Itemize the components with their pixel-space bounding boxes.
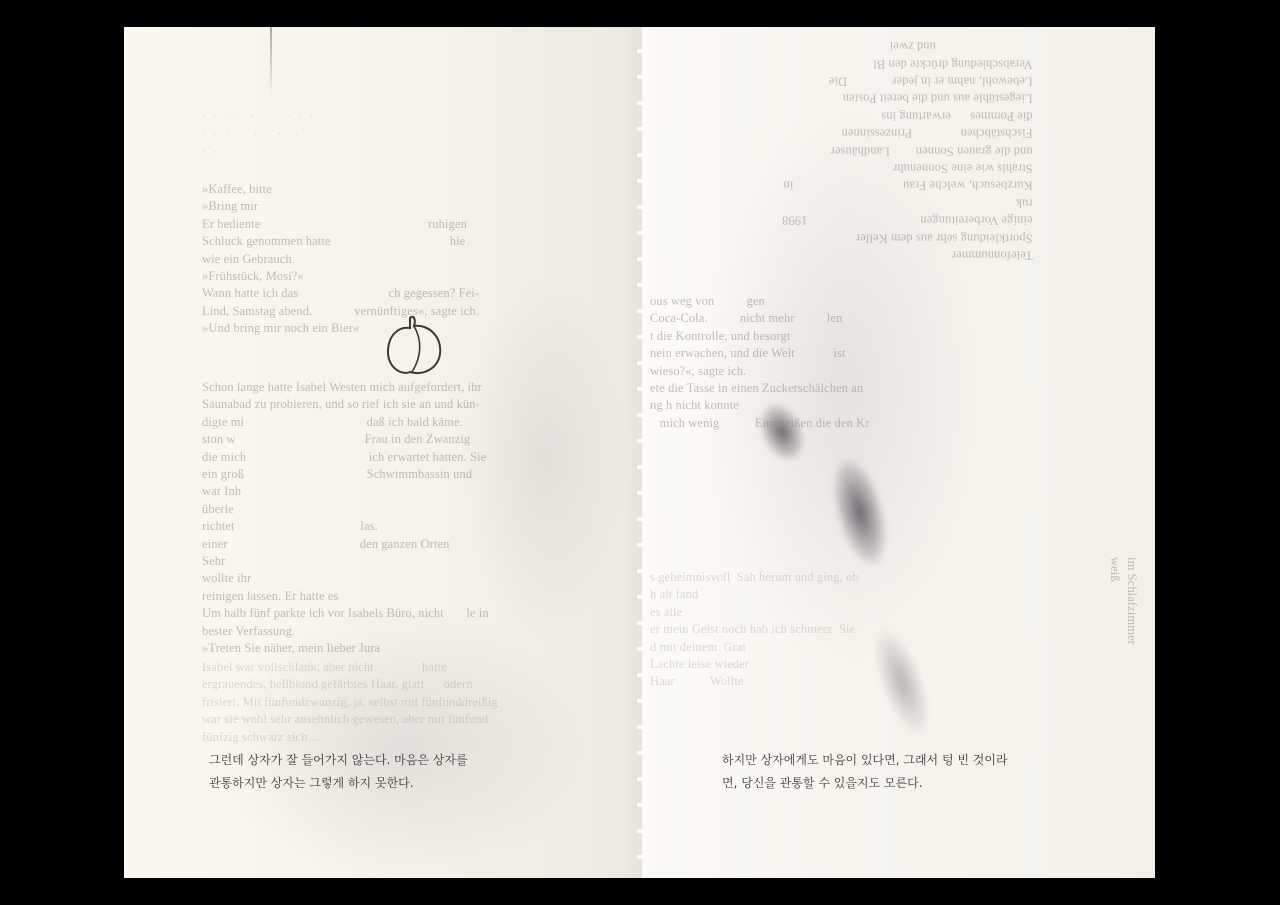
ghost-line: Er bediente ruhigen bbox=[202, 217, 467, 231]
ghost-line: Schluck genommen hatte hle bbox=[202, 234, 465, 248]
ghost-line: frisiert. Mit fünfundzwanzig, ja, selbst… bbox=[202, 695, 498, 709]
ghost-text-block-3: Isabel war vollschlank, aber nicht hatte… bbox=[202, 659, 498, 746]
ghost-line: ruk bbox=[1016, 196, 1033, 210]
ghost-line: Sportkleidung sehr aus dem Keller bbox=[856, 231, 1033, 245]
right-caption: 하지만 상자에게도 마음이 있다면, 그래서 텅 빈 것이라 면, 당신을 관통… bbox=[722, 749, 1008, 795]
ghost-line: »Bring mir bbox=[202, 199, 258, 213]
pencil-mark bbox=[270, 27, 272, 97]
ghost-line: ergrauendes, hellblond gefärbtes Haar, g… bbox=[202, 677, 473, 691]
ghost-line: im Schlafzimmer bbox=[1125, 557, 1139, 645]
ghost-line: Um halb fünf parkte ich vor Isabels Büro… bbox=[202, 606, 489, 620]
ghost-line: Kurzbesuch, welche Frau in bbox=[783, 179, 1032, 193]
ghost-line: »Kaffee, bitte bbox=[202, 182, 272, 196]
ghost-line: und die grauen Sonnen Landhäuser bbox=[831, 144, 1033, 158]
ghost-text-block-right-1: ous weg von gen Coca-Cola. nicht mehr le… bbox=[650, 293, 869, 432]
ghost-line: Strahls wie eine Sonnenuhr bbox=[893, 161, 1033, 175]
ghost-line: Telefonnummer bbox=[952, 248, 1033, 262]
caption-line: 하지만 상자에게도 마음이 있다면, 그래서 텅 빈 것이라 bbox=[722, 753, 1008, 767]
left-caption: 그런데 상자가 잘 들어가지 않는다. 마음은 상자를 관통하지만 상자는 그렇… bbox=[209, 749, 468, 795]
left-page: · · · · · · · · · · · · · · · · »Kaffee,… bbox=[124, 27, 641, 878]
ghost-line: fünfzig schwarz sich ... bbox=[202, 730, 320, 744]
right-page: Telefonnummer Sportkleidung sehr aus dem… bbox=[642, 27, 1155, 878]
ghost-line: wieso?«, sagte ich. bbox=[650, 364, 746, 378]
ghost-line: d mit deinem Grat bbox=[650, 640, 746, 654]
ghost-line: weiß bbox=[1108, 557, 1122, 582]
charcoal-smudge bbox=[824, 453, 897, 571]
ghost-line: ston w Frau in den Zwanzig bbox=[202, 432, 470, 446]
ghost-line: einige Vorbereitungen 1998 bbox=[782, 213, 1033, 227]
ghost-line: ein groß Schwimmbassin und bbox=[202, 467, 472, 481]
ghost-line: war Inh bbox=[202, 484, 241, 498]
ghost-line: es alle bbox=[650, 605, 682, 619]
apple-doodle-icon bbox=[380, 310, 450, 380]
ghost-line: »Und bring mir noch ein Bier« bbox=[202, 321, 359, 335]
ghost-line: Coca-Cola. nicht mehr len bbox=[650, 311, 842, 325]
ghost-text-upside-down: Telefonnummer Sportkleidung sehr aus dem… bbox=[782, 37, 1033, 263]
ghost-line: t die Kontrolle, und besorgt bbox=[650, 329, 790, 343]
ghost-line: ng h nicht konnte bbox=[650, 398, 739, 412]
ghost-text-vertical: im Schlafzimmer weiß bbox=[1105, 557, 1140, 645]
ghost-line: reinigen lassen. Er hatte es bbox=[202, 589, 338, 603]
faded-header-text: · · · · · · · · · · · · · · · · bbox=[202, 109, 314, 161]
ghost-line: Fischstäbchen Prinzessinnen bbox=[841, 126, 1032, 140]
book-spread: · · · · · · · · · · · · · · · · »Kaffee,… bbox=[124, 27, 1155, 878]
ghost-line: ous weg von gen bbox=[650, 294, 765, 308]
ghost-line: Wann hatte ich das ch gegessen? Fei- bbox=[202, 286, 479, 300]
ghost-line: wie ein Gebrauch. bbox=[202, 252, 295, 266]
ghost-line: einer den ganzen Orten bbox=[202, 537, 449, 551]
ghost-line: Sehr bbox=[202, 554, 225, 568]
ghost-line: digte mi daß ich bald käme. bbox=[202, 415, 463, 429]
ghost-line: Lebewohl, nahm er in jeder Die bbox=[829, 74, 1033, 88]
ghost-line: Saunabad zu probieren, und so rief ich s… bbox=[202, 397, 480, 411]
ghost-line: war sie wohl sehr ansehnlich gewesen, ab… bbox=[202, 712, 488, 726]
ghost-line: Haar Wollte bbox=[650, 674, 744, 688]
ghost-line: ete die Tasse in einen Zuckerschälchen a… bbox=[650, 381, 863, 395]
ghost-line: die Pommes erwartung ins bbox=[881, 109, 1033, 123]
ghost-line: Liegestühle aus und die bereit Posten bbox=[843, 92, 1033, 106]
ghost-line: »Treten Sie näher, mein lieber Jura bbox=[202, 641, 380, 655]
caption-line: 관통하지만 상자는 그렇게 하지 못한다. bbox=[209, 776, 414, 790]
ghost-line: überle bbox=[202, 502, 234, 516]
ghost-line: mich wenig Eins reißen die den Kr bbox=[650, 416, 869, 430]
ghost-line: wollte ihr bbox=[202, 571, 251, 585]
ghost-line: Verabschiedung drückte den Bl bbox=[873, 57, 1032, 71]
charcoal-smudge bbox=[864, 623, 939, 740]
ghost-line: Lachte leise wieder bbox=[650, 657, 749, 671]
ghost-line: die mich ich erwartet hatten. Sie bbox=[202, 450, 486, 464]
ghost-line: richtet las. bbox=[202, 519, 378, 533]
ghost-line: nein erwachen, und die Welt ist bbox=[650, 346, 846, 360]
caption-line: 그런데 상자가 잘 들어가지 않는다. 마음은 상자를 bbox=[209, 753, 468, 767]
ghost-line: »Frühstück, Mosi?« bbox=[202, 269, 304, 283]
ghost-text-block-2: Schon lange hatte Isabel Westen mich auf… bbox=[202, 379, 489, 658]
ghost-line: Schon lange hatte Isabel Westen mich auf… bbox=[202, 380, 482, 394]
ghost-line: s geheimnisvoll Sah herum und ging, ob bbox=[650, 570, 859, 584]
ghost-text-block-right-2: s geheimnisvoll Sah herum und ging, ob h… bbox=[650, 569, 859, 691]
caption-line: 면, 당신을 관통할 수 있을지도 모른다. bbox=[722, 776, 923, 790]
ghost-line: Isabel war vollschlank, aber nicht hatte bbox=[202, 660, 447, 674]
ghost-line: h alt fand bbox=[650, 587, 698, 601]
ghost-line: er mein Geist noch hab ich schmerz Sie bbox=[650, 622, 858, 636]
ghost-line: und zwei bbox=[890, 39, 1033, 53]
ghost-line: bester Verfassung. bbox=[202, 624, 295, 638]
